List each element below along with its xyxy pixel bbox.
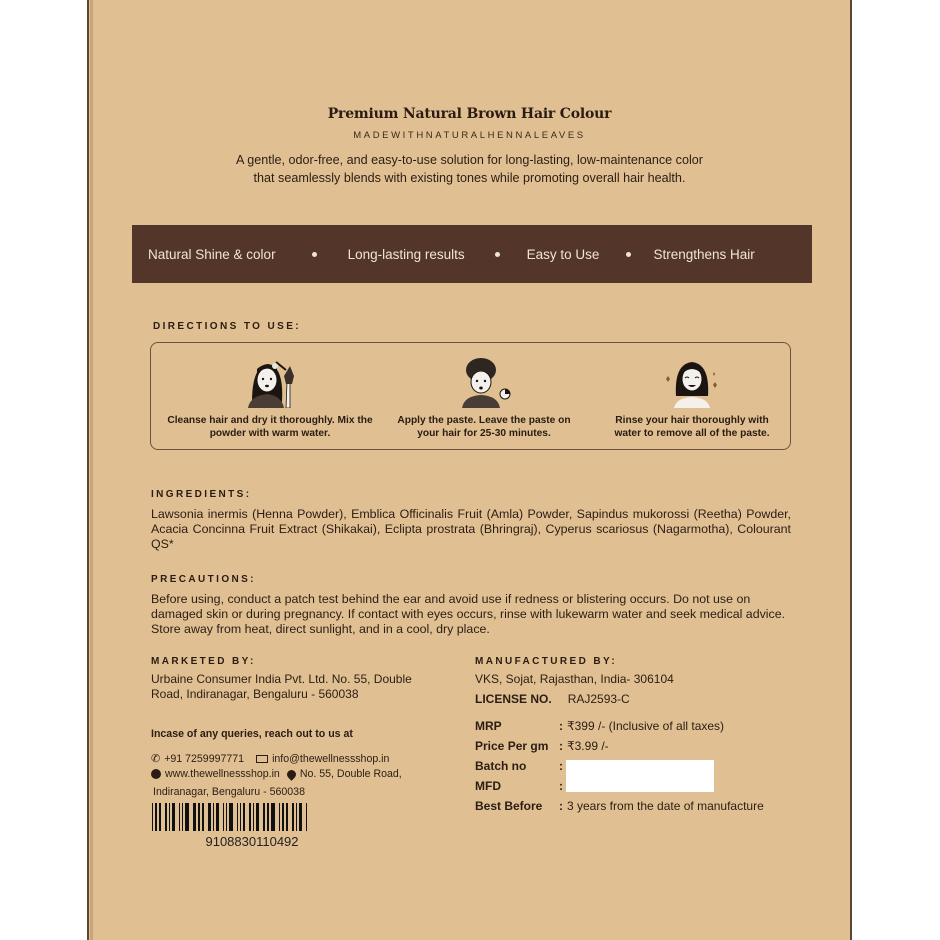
product-subtitle: MADEWITHNATURALHENNALEAVES <box>89 130 850 141</box>
marketed-by-heading: MARKETED BY: <box>151 656 256 667</box>
pricing-label: Batch no <box>475 756 559 776</box>
manufacturer-address: VKS, Sojat, Rajasthan, India- 306104 <box>475 672 674 687</box>
precautions-heading: PRECAUTIONS: <box>151 574 256 585</box>
contact-email[interactable]: info@thewellnessshop.in <box>272 753 389 765</box>
globe-icon <box>151 769 161 779</box>
precautions-text: Before using, conduct a patch test behin… <box>151 592 791 637</box>
product-description: A gentle, odor-free, and easy-to-use sol… <box>89 151 850 187</box>
pricing-colon: : <box>559 716 567 736</box>
contact-intro: Incase of any queries, reach out to us a… <box>151 728 353 740</box>
description-line-1: A gentle, odor-free, and easy-to-use sol… <box>89 151 850 169</box>
description-line-2: that seamlessly blends with existing ton… <box>89 169 850 187</box>
woman-clean-hair-sparkle-icon <box>660 352 724 408</box>
license-value: RAJ2593-C <box>568 692 630 707</box>
woman-with-hair-cap-timer-icon <box>452 352 516 408</box>
direction-step-2: Apply the paste. Leave the paste on your… <box>383 343 585 440</box>
step-2-caption: Apply the paste. Leave the paste on your… <box>383 414 585 440</box>
features-band: Natural Shine & color Long-lasting resul… <box>132 225 812 283</box>
license-row: LICENSE NO. RAJ2593-C <box>475 692 630 707</box>
pricing-value: ₹399 /- (Inclusive of all taxes) <box>567 716 724 736</box>
feature-natural-shine: Natural Shine & color <box>148 247 276 262</box>
directions-heading: DIRECTIONS TO USE: <box>153 321 301 332</box>
pricing-value: ₹3.99 /- <box>567 736 609 756</box>
contact-row-1: ✆ +91 7259997771 info@thewellnessshop.in <box>151 752 389 765</box>
step-1-caption: Cleanse hair and dry it thoroughly. Mix … <box>159 414 381 440</box>
barcode <box>152 803 309 831</box>
pricing-label: MFD <box>475 776 559 796</box>
woman-applying-brush-icon <box>238 352 302 408</box>
pricing-label: Best Before <box>475 796 559 816</box>
direction-step-3: Rinse your hair thoroughly with water to… <box>597 343 787 440</box>
contact-phone[interactable]: +91 7259997771 <box>164 753 244 765</box>
ingredients-heading: INGREDIENTS: <box>151 489 251 500</box>
license-label: LICENSE NO. <box>475 692 552 707</box>
feature-easy-to-use: Easy to Use <box>527 247 600 262</box>
barcode-number: 9108830110492 <box>152 834 352 849</box>
marketed-by-address: Urbaine Consumer India Pvt. Ltd. No. 55,… <box>151 672 412 702</box>
bullet-dot <box>312 252 317 257</box>
product-title: Premium Natural Brown Hair Colour <box>89 106 850 122</box>
feature-strengthens-hair: Strengthens Hair <box>653 247 754 262</box>
ingredients-text: Lawsonia inermis (Henna Powder), Emblica… <box>151 507 791 552</box>
pricing-colon: : <box>559 736 567 756</box>
feature-long-lasting: Long-lasting results <box>348 247 465 262</box>
pricing-row: Price Per gm:₹3.99 /- <box>475 736 764 756</box>
pricing-colon: : <box>559 796 567 816</box>
pricing-label: MRP <box>475 716 559 736</box>
mail-icon <box>256 755 268 763</box>
batch-mfd-blank-box <box>566 760 714 792</box>
product-label-panel: Premium Natural Brown Hair Colour MADEWI… <box>87 0 852 940</box>
manufactured-by-heading: MANUFACTURED BY: <box>475 656 617 667</box>
contact-address-line-2: Indiranagar, Bengaluru - 560038 <box>153 786 305 798</box>
pricing-label: Price Per gm <box>475 736 559 756</box>
bullet-dot <box>626 252 631 257</box>
pricing-row: Best Before:3 years from the date of man… <box>475 796 764 816</box>
contact-address-line-1: No. 55, Double Road, <box>300 768 402 780</box>
step-3-caption: Rinse your hair thoroughly with water to… <box>597 414 787 440</box>
phone-icon: ✆ <box>151 752 160 765</box>
direction-step-1: Cleanse hair and dry it thoroughly. Mix … <box>159 343 381 440</box>
directions-box: Cleanse hair and dry it thoroughly. Mix … <box>150 342 791 450</box>
pricing-row: MRP:₹399 /- (Inclusive of all taxes) <box>475 716 764 736</box>
contact-website[interactable]: www.thewellnessshop.in <box>165 768 280 780</box>
location-pin-icon <box>285 768 298 781</box>
pricing-value: 3 years from the date of manufacture <box>567 796 764 816</box>
bullet-dot <box>495 252 500 257</box>
contact-row-2: www.thewellnessshop.in No. 55, Double Ro… <box>151 768 402 780</box>
